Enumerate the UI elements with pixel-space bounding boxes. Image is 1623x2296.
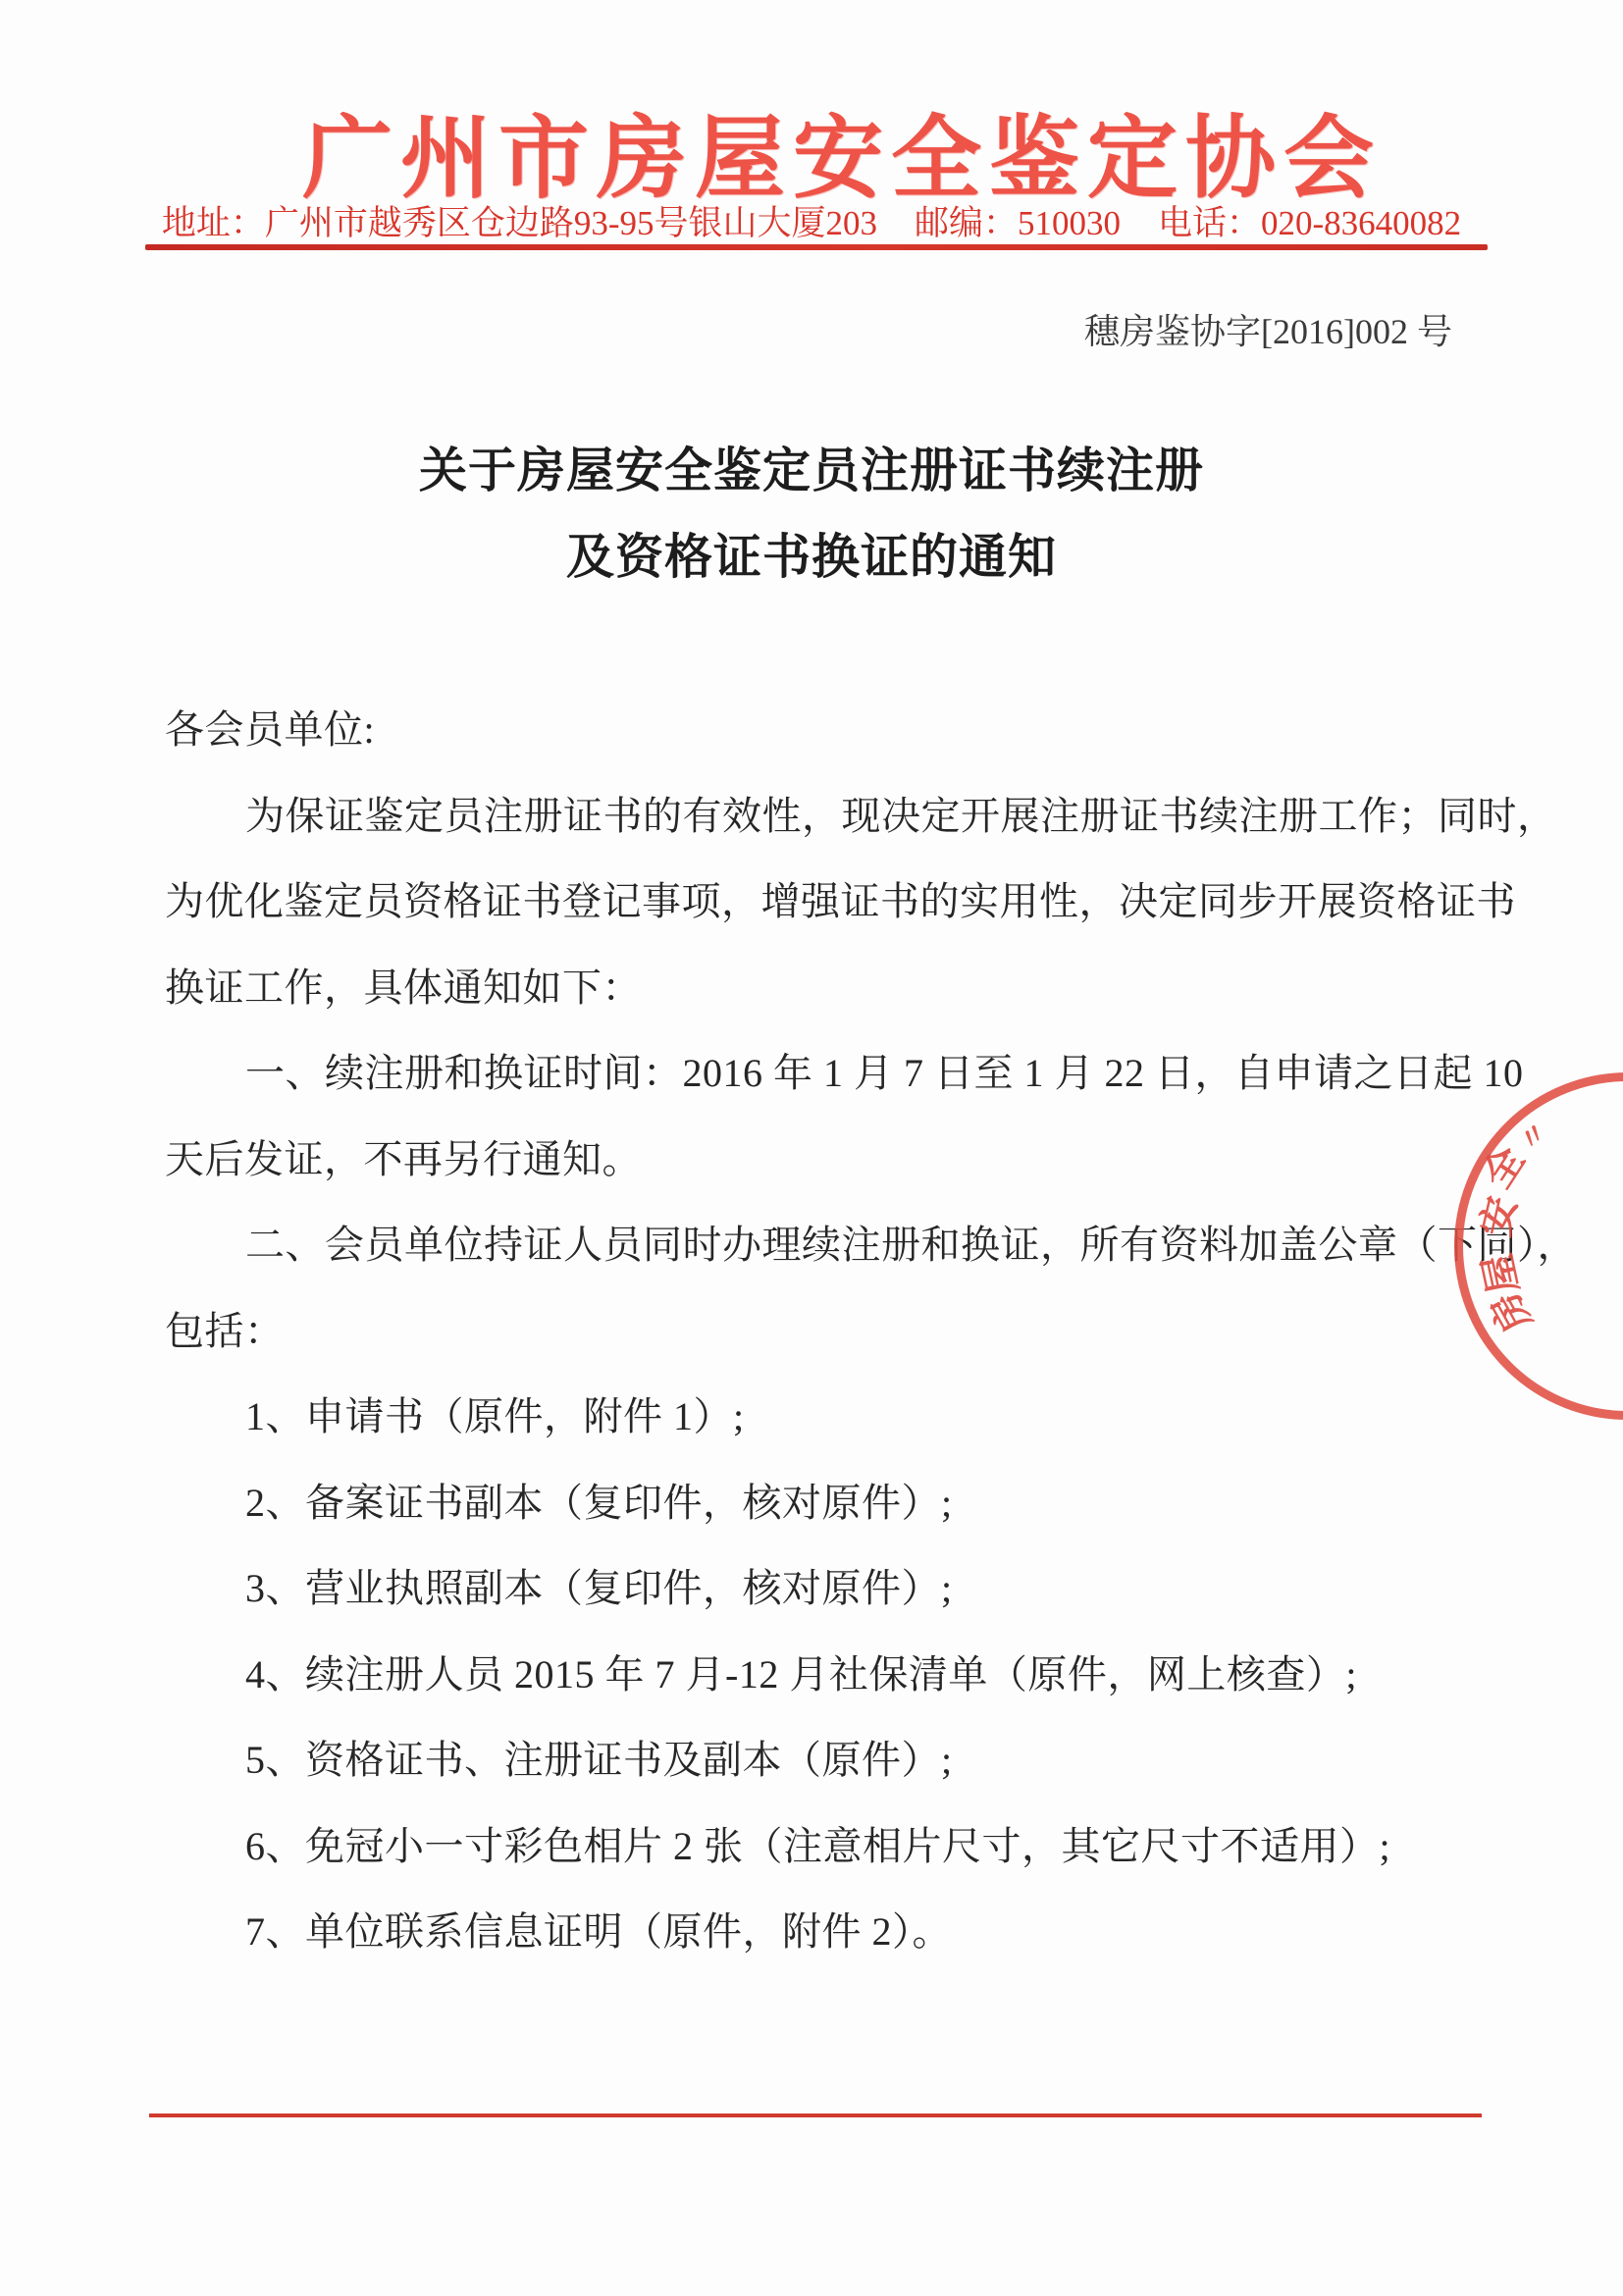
address-text: 地址：广州市越秀区仓边路93-95号银山大厦203 <box>162 196 877 245</box>
letterhead-rule <box>145 244 1488 250</box>
seal-char: 房 <box>1482 1282 1541 1341</box>
body-line: 2、备案证书副本（复印件，核对原件）; <box>165 1460 1486 1546</box>
title-block: 关于房屋安全鉴定员注册证书续注册 及资格证书换证的通知 <box>0 428 1623 600</box>
footer-rule <box>149 2113 1482 2117</box>
body-line: 二、会员单位持证人员同时办理续注册和换证，所有资料加盖公章（下同）， <box>165 1202 1486 1288</box>
phone-text: 电话：020-83640082 <box>1158 196 1461 245</box>
page-title-line1: 关于房屋安全鉴定员注册证书续注册 <box>0 428 1623 514</box>
body-line: 一、续注册和换证时间：2016 年 1 月 7 日至 1 月 22 日，自申请之… <box>165 1030 1486 1117</box>
body-line: 各会员单位: <box>165 687 1486 773</box>
body-line: 4、续注册人员 2015 年 7 月-12 月社保清单（原件，网上核查）; <box>165 1632 1486 1718</box>
body-line: 为优化鉴定员资格证书登记事项，增强证书的实用性，决定同步开展资格证书 <box>165 859 1486 945</box>
body-line: 3、营业执照副本（复印件，核对原件）; <box>165 1545 1486 1632</box>
body-line: 天后发证，不再另行通知。 <box>165 1117 1486 1203</box>
body-text: 各会员单位:为保证鉴定员注册证书的有效性，现决定开展注册证书续注册工作；同时，为… <box>165 687 1486 1975</box>
body-line: 包括： <box>165 1288 1486 1375</box>
body-line: 为保证鉴定员注册证书的有效性，现决定开展注册证书续注册工作；同时， <box>165 773 1486 860</box>
body-line: 7、单位联系信息证明（原件，附件 2）。 <box>165 1889 1486 1975</box>
doc-number: 穗房鉴协字[2016]002 号 <box>1084 304 1452 354</box>
body-line: 1、申请书（原件，附件 1）; <box>165 1374 1486 1460</box>
page-title-line2: 及资格证书换证的通知 <box>0 514 1623 600</box>
body-line: 5、资格证书、注册证书及副本（原件）; <box>165 1717 1486 1803</box>
postcode-text: 邮编：510030 <box>915 196 1121 245</box>
body-line: 6、免冠小一寸彩色相片 2 张（注意相片尺寸，其它尺寸不适用）; <box>165 1803 1486 1890</box>
scanned-notice-page: 广州市房屋安全鉴定协会 地址：广州市越秀区仓边路93-95号银山大厦203 邮编… <box>0 0 1623 2296</box>
body-line: 换证工作，具体通知如下： <box>165 945 1486 1031</box>
letterhead-contact-row: 地址：广州市越秀区仓边路93-95号银山大厦203 邮编：510030 电话：0… <box>0 196 1623 245</box>
